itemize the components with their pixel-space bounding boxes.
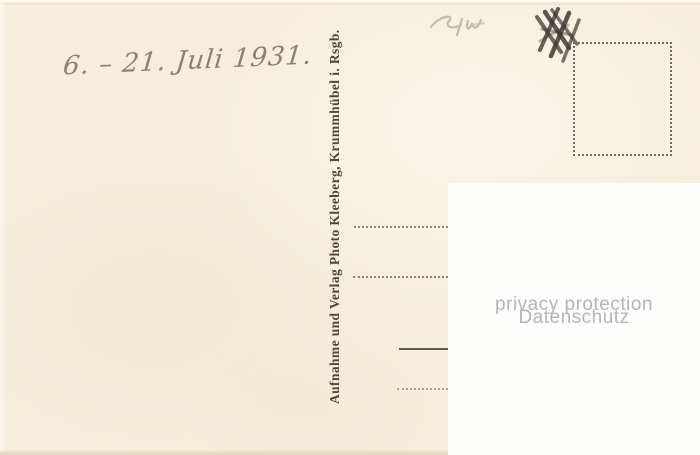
publisher-imprint: Aufnahme und Verlag Photo Kleeberg, Krum… (327, 29, 343, 404)
address-line-solid (399, 348, 448, 350)
address-line-dotted-2 (353, 276, 448, 278)
address-line-dotted-1 (354, 226, 448, 228)
address-line-dotted-3 (397, 388, 448, 390)
pencil-scribble (428, 12, 488, 39)
privacy-overlay: privacy protection Datenschutz (448, 183, 700, 455)
handwritten-date: 6. – 21. Juli 1931. (62, 40, 314, 81)
postcard-scan: 6. – 21. Juli 1931. Aufnahme und Verlag … (0, 0, 700, 455)
stamp-box (573, 42, 672, 156)
privacy-text-de: Datenschutz (448, 308, 700, 327)
scan-edge-left (0, 0, 6, 455)
scan-edge-top (0, 0, 700, 7)
